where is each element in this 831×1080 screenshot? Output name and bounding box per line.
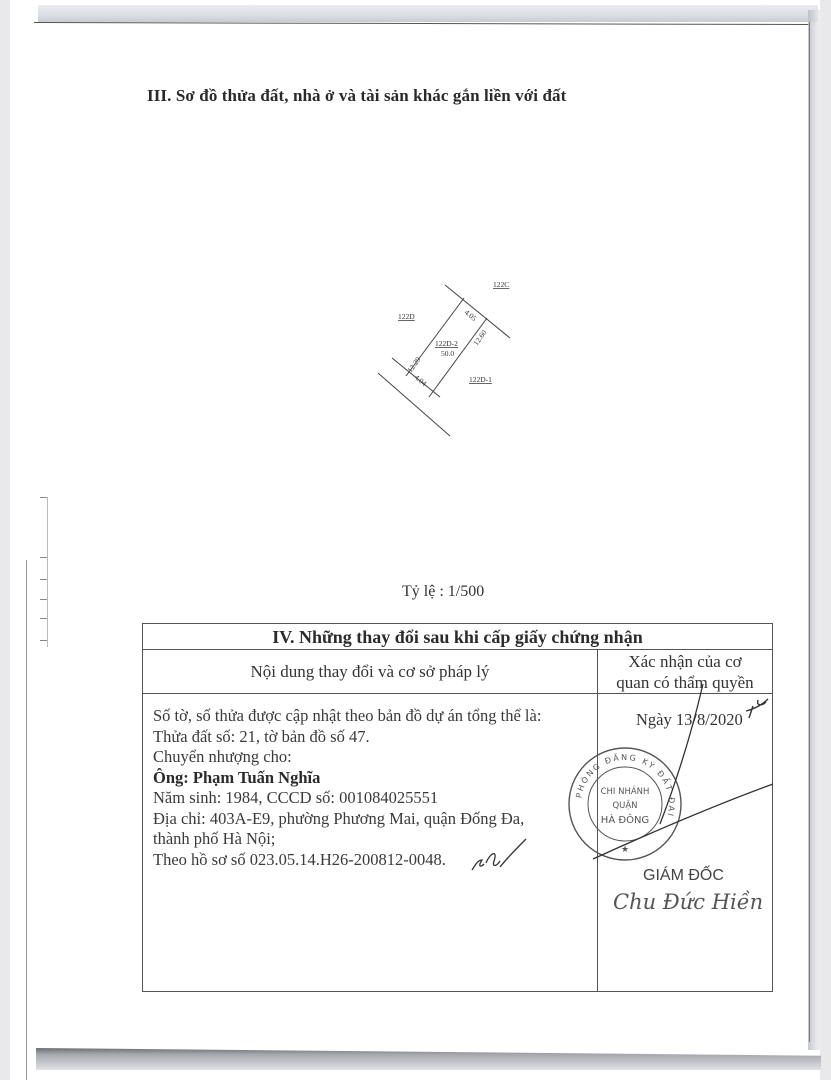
- margin-ruler-marks: [40, 497, 50, 647]
- neighbor-label-122c: 122C: [493, 280, 509, 289]
- content-line: Năm sinh: 1984, CCCD số: 001084025551: [153, 788, 597, 809]
- content-line: thành phố Hà Nội;: [153, 829, 597, 850]
- parcel-label: 122D-2: [435, 339, 458, 348]
- scale-label: Tỷ lệ : 1/500: [402, 583, 484, 601]
- svg-text:QUẬN: QUẬN: [612, 799, 637, 811]
- edge-length-right: 12.60: [471, 328, 488, 347]
- signer-name: Chu Đức Hiền: [613, 890, 763, 914]
- stamp-seal-icon: PHÒNG ĐĂNG KÝ ĐẤT ĐAI CHI NHÁNH QUẬN HÀ …: [565, 744, 685, 864]
- plot-sketch: 122C 122D 122D-1 122D-2 50.0 4.05 12.60 …: [370, 270, 530, 440]
- change-content: Số tờ, số thửa được cập nhật theo bản đồ…: [143, 694, 598, 991]
- signer-position: GIÁM ĐỐC: [643, 867, 724, 885]
- neighbor-label-122d: 122D: [398, 312, 415, 321]
- svg-text:★: ★: [621, 844, 629, 854]
- scan-shadow-top: [38, 5, 818, 22]
- content-line: Số tờ, số thửa được cập nhật theo bản đồ…: [153, 706, 597, 727]
- scan-shadow-right: [808, 10, 822, 1050]
- confirmation-cell: Ngày 13/8/2020 PHÒNG ĐĂNG KÝ ĐẤT ĐAI CHI…: [598, 694, 772, 991]
- column-header-confirmation: Xác nhận của cơ quan có thẩm quyền: [598, 649, 772, 694]
- new-owner-name: Ông: Phạm Tuấn Nghĩa: [153, 768, 597, 789]
- neighbor-label-122d-1: 122D-1: [469, 375, 492, 384]
- content-line: Theo hồ sơ số 023.05.14.H26-200812-0048.: [153, 850, 597, 871]
- content-line: Địa chỉ: 403A-E9, phường Phương Mai, quậ…: [153, 809, 597, 830]
- column-header-content: Nội dung thay đổi và cơ sở pháp lý: [143, 649, 598, 694]
- column-header-confirmation-line1: Xác nhận của cơ: [598, 651, 772, 672]
- changes-table: IV. Những thay đổi sau khi cấp giấy chứn…: [142, 623, 773, 992]
- column-header-confirmation-line2: quan có thẩm quyền: [598, 672, 772, 693]
- content-line: Thửa đất số: 21, tờ bản đồ số 47.: [153, 727, 597, 748]
- official-stamp: PHÒNG ĐĂNG KÝ ĐẤT ĐAI CHI NHÁNH QUẬN HÀ …: [565, 744, 685, 864]
- land-plot-diagram: 122C 122D 122D-1 122D-2 50.0 4.05 12.60 …: [370, 270, 530, 440]
- section-iv-title: IV. Những thay đổi sau khi cấp giấy chứn…: [143, 624, 772, 650]
- scan-edge-right: [809, 22, 810, 1042]
- content-line: Chuyển nhượng cho:: [153, 747, 597, 768]
- parcel-area: 50.0: [441, 349, 454, 358]
- scan-shadow-bottom: [36, 1048, 821, 1070]
- svg-text:HÀ ĐÔNG: HÀ ĐÔNG: [601, 813, 649, 826]
- section-iii-title: III. Sơ đồ thửa đất, nhà ở và tài sản kh…: [147, 86, 566, 106]
- edge-length-left: 12.29: [405, 355, 422, 374]
- svg-text:CHI NHÁNH: CHI NHÁNH: [601, 785, 650, 797]
- scan-edge-left: [26, 560, 27, 1080]
- confirmation-date: Ngày 13/8/2020: [636, 710, 743, 730]
- scan-edge-top: [34, 22, 809, 25]
